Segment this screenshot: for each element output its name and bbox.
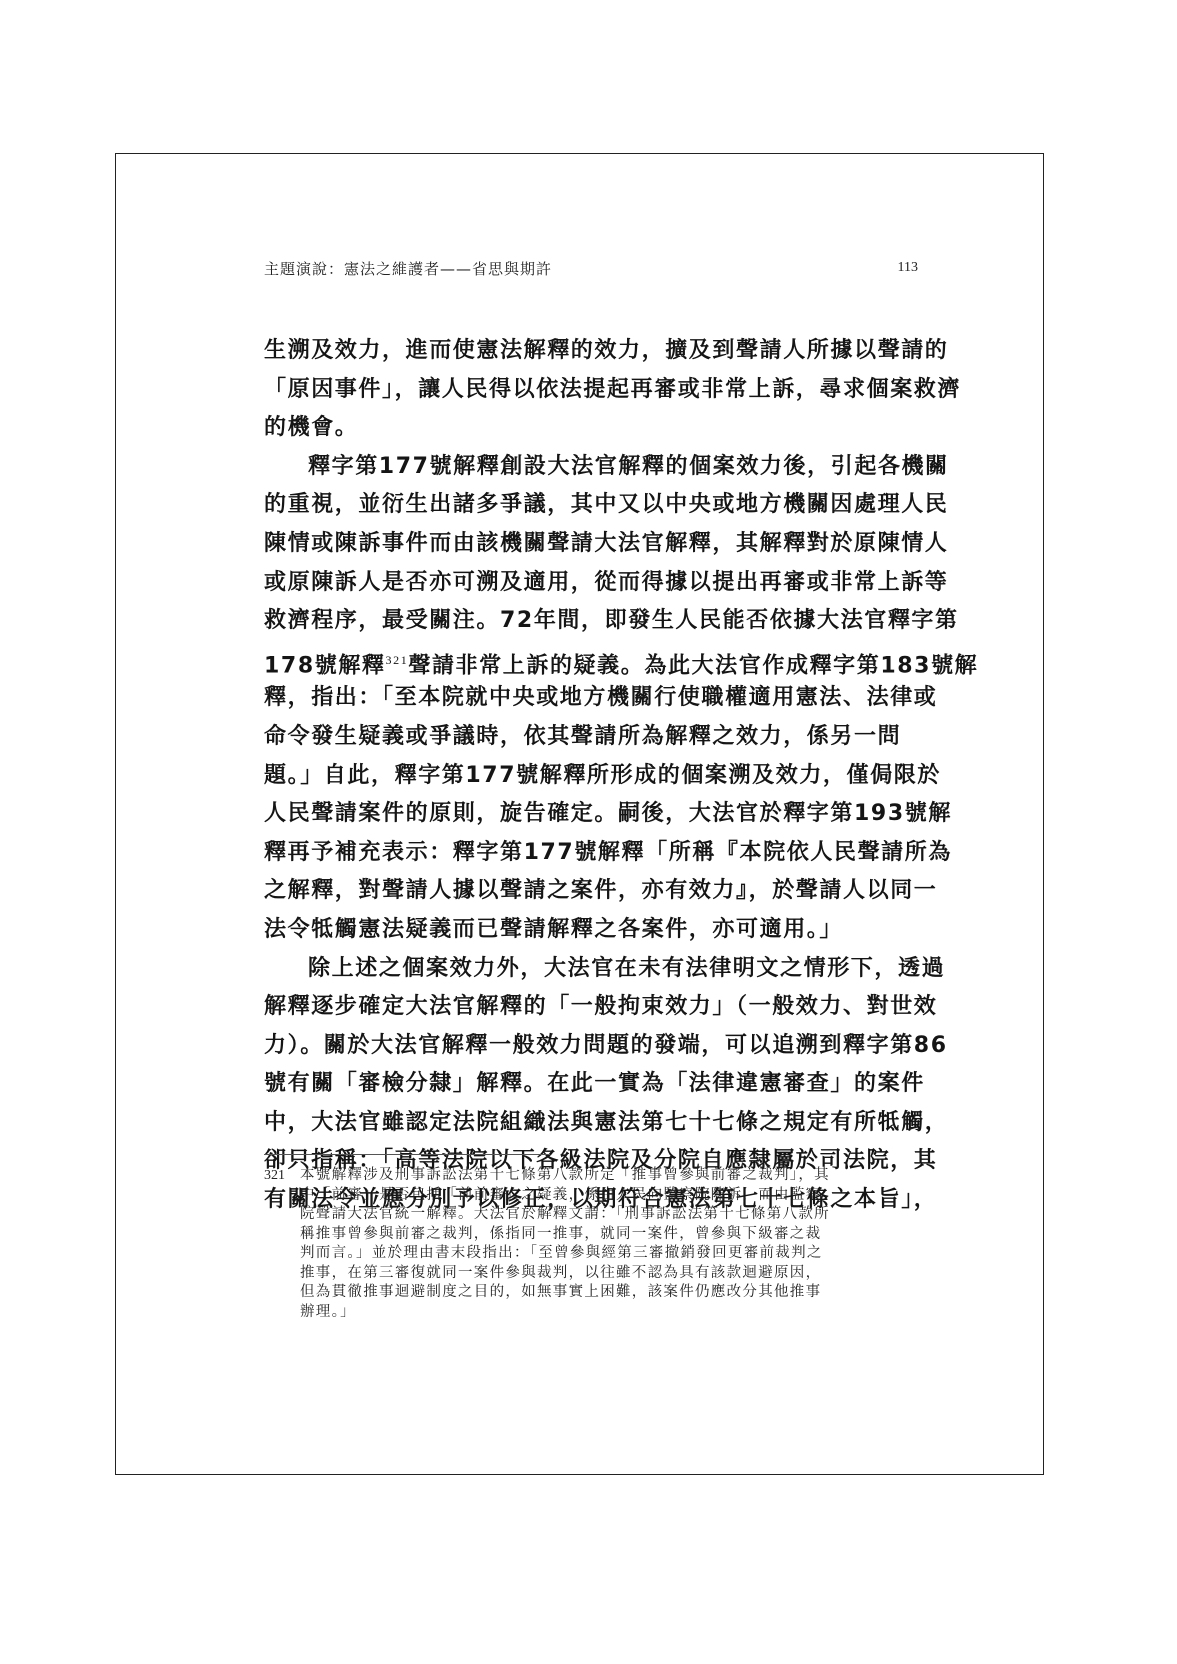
body-line: 救濟程序，最受關注。72年間，即發生人民能否依據大法官釋字第	[264, 602, 924, 641]
footnote-line: 辦理。」	[300, 1303, 920, 1323]
footnote-separator	[264, 1154, 550, 1155]
body-line: 法令牴觸憲法疑義而已聲請解釋之各案件，亦可適用。」	[264, 911, 924, 950]
body-line: 的重視，並衍生出諸多爭議，其中又以中央或地方機關因處理人民	[264, 486, 924, 525]
body-line-paragraph-start: 釋字第177號解釋創設大法官解釋的個案效力後，引起各機關	[264, 448, 924, 487]
footnote-line: 但為貫徹推事迴避制度之目的，如無事實上困難，該案件仍應改分其他推事	[300, 1283, 920, 1303]
footnote-line: 本號解釋涉及刑事訴訟法第十七條第八款所定「推事曾參與前審之裁判」，其	[300, 1166, 920, 1186]
footnote-line: 判而言。」並於理由書末段指出：「至曾參與經第三審撤銷發回更審前裁判之	[300, 1244, 920, 1264]
footnote-line: 推事，在第三審復就同一案件參與裁判，以往雖不認為具有該款迴避原因，	[300, 1264, 920, 1284]
body-line: 命令發生疑義或爭議時，依其聲請所為解釋之效力，係另一問	[264, 718, 924, 757]
body-line: 中，大法官雖認定法院組織法與憲法第七十七條之規定有所牴觸，	[264, 1104, 924, 1143]
body-line: 解釋逐步確定大法官解釋的「一般拘束效力」（一般效力、對世效	[264, 988, 924, 1027]
page-number: 113	[898, 260, 918, 276]
body-line-paragraph-start: 除上述之個案效力外，大法官在未有法律明文之情形下，透過	[264, 950, 924, 989]
body-line-rest: 聲請非常上訴的疑義。為此大法官作成釋字第183號解	[408, 653, 978, 678]
running-header-title: 主題演說：憲法之維護者——省思與期許	[264, 258, 552, 279]
footnote-number: 321	[264, 1166, 285, 1186]
footnote-line: 院聲請大法官統一解釋。大法官於解釋文謂：「刑事訴訟法第十七條第八款所	[300, 1205, 920, 1225]
body-line: 的機會。	[264, 409, 924, 448]
body-line: 「原因事件」，讓人民得以依法提起再審或非常上訴，尋求個案救濟	[264, 371, 924, 410]
body-line-with-footnote-ref: 178號解釋321聲請非常上訴的疑義。為此大法官作成釋字第183號解	[264, 641, 924, 680]
body-text: 生溯及效力，進而使憲法解釋的效力，擴及到聲請人所據以聲請的 「原因事件」，讓人民…	[264, 332, 924, 1220]
body-line: 釋，指出：「至本院就中央或地方機關行使職權適用憲法、法律或	[264, 679, 924, 718]
body-line: 釋再予補充表示：釋字第177號解釋「所稱『本院依人民聲請所為	[264, 834, 924, 873]
running-header: 主題演說：憲法之維護者——省思與期許 113	[264, 256, 918, 280]
footnote-line: 中「前審」是否包括「前前審」之疑義，係由人民向監察院陳訴，而由監察	[300, 1186, 920, 1206]
footnote-reference[interactable]: 321	[386, 653, 409, 667]
body-line: 或原陳訴人是否亦可溯及適用，從而得據以提出再審或非常上訴等	[264, 564, 924, 603]
body-line: 生溯及效力，進而使憲法解釋的效力，擴及到聲請人所據以聲請的	[264, 332, 924, 371]
body-line: 號有關「審檢分隸」解釋。在此一實為「法律違憲審查」的案件	[264, 1065, 924, 1104]
body-line: 之解釋，對聲請人據以聲請之案件，亦有效力』，於聲請人以同一	[264, 872, 924, 911]
footnote-text: 本號解釋涉及刑事訴訟法第十七條第八款所定「推事曾參與前審之裁判」，其 中「前審」…	[300, 1166, 920, 1322]
body-line: 題。」自此，釋字第177號解釋所形成的個案溯及效力，僅侷限於	[264, 757, 924, 796]
body-line: 人民聲請案件的原則，旋告確定。嗣後，大法官於釋字第193號解	[264, 795, 924, 834]
body-line: 力）。關於大法官解釋一般效力問題的發端，可以追溯到釋字第86	[264, 1027, 924, 1066]
footnote-line: 稱推事曾參與前審之裁判，係指同一推事，就同一案件，曾參與下級審之裁	[300, 1225, 920, 1245]
body-line-start: 178號解釋	[264, 653, 386, 678]
body-line: 陳情或陳訴事件而由該機關聲請大法官解釋，其解釋對於原陳情人	[264, 525, 924, 564]
